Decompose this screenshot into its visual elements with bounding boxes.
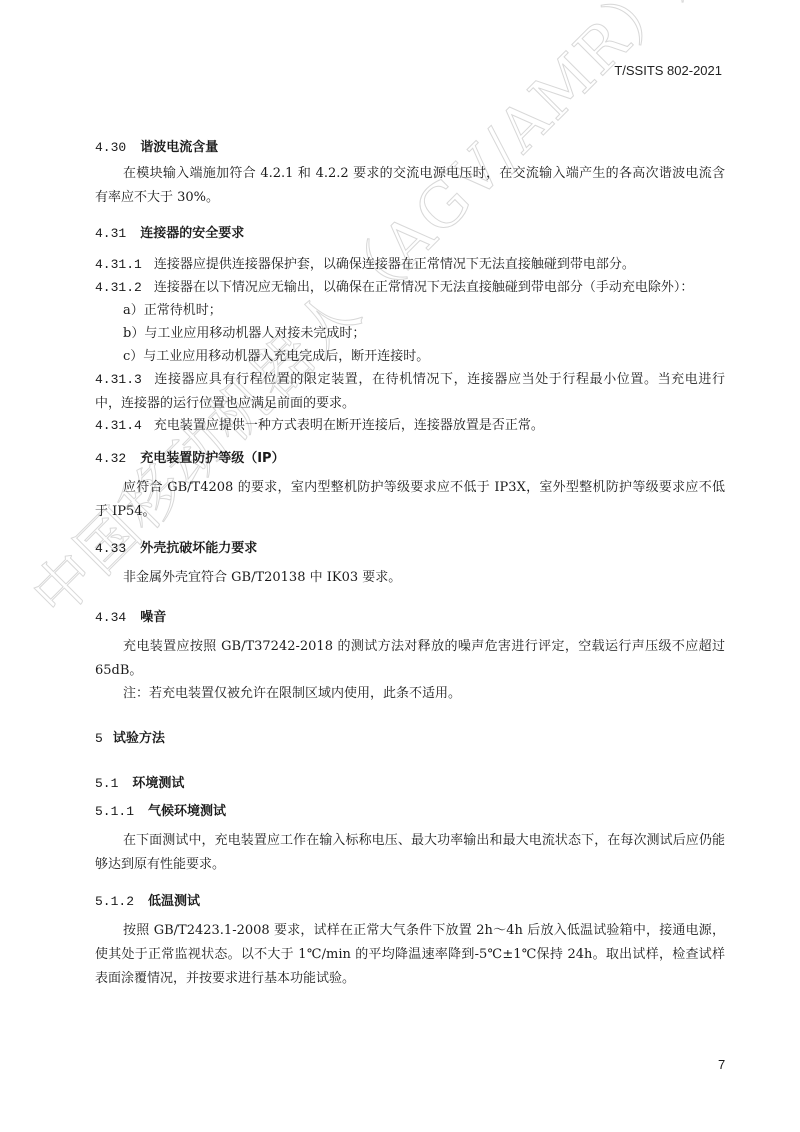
paragraph-5-1-1: 在下面测试中，充电装置应工作在输入标称电压、最大功率输出和最大电流状态下，在每次… <box>95 829 725 877</box>
note-4-34: 注：若充电装置仅被允许在限制区域内使用，此条不适用。 <box>95 682 725 706</box>
heading-number: 5.1 <box>95 776 118 791</box>
heading-4-33: 4.33外壳抗破坏能力要求 <box>95 537 257 556</box>
clause-number: 4.31.4 <box>95 418 142 433</box>
heading-5-1-1: 5.1.1气候环境测试 <box>95 800 226 819</box>
heading-title: 噪音 <box>140 610 166 625</box>
heading-4-31: 4.31连接器的安全要求 <box>95 222 244 241</box>
heading-number: 4.32 <box>95 451 126 466</box>
document-code: T/SSITS 802-2021 <box>614 63 722 78</box>
clause-text: 连接器在以下情况应无输出，以确保在正常情况下无法直接触碰到带电部分（手动充电除外… <box>154 280 694 295</box>
heading-number: 4.33 <box>95 541 126 556</box>
heading-4-34: 4.34噪音 <box>95 606 166 625</box>
page-number: 7 <box>718 1057 725 1072</box>
clause-number: 4.31.1 <box>95 257 142 272</box>
paragraph-4-30: 在模块输入端施加符合 4.2.1 和 4.2.2 要求的交流电源电压时，在交流输… <box>95 162 725 210</box>
clause-4-31-3: 4.31.3连接器应具有行程位置的限定装置，在待机情况下，连接器应当处于行程最小… <box>95 368 725 416</box>
paragraph-5-1-2: 按照 GB/T2423.1-2008 要求，试样在正常大气条件下放置 2h～4h… <box>95 919 725 991</box>
heading-number: 5 <box>95 731 103 746</box>
clause-4-31-2: 4.31.2连接器在以下情况应无输出，以确保在正常情况下无法直接触碰到带电部分（… <box>95 276 725 300</box>
clause-4-31-1: 4.31.1连接器应提供连接器保护套，以确保连接器在正常情况下无法直接触碰到带电… <box>95 253 725 277</box>
clause-text: 充电装置应提供一种方式表明在断开连接后，连接器放置是否正常。 <box>154 418 544 433</box>
heading-number: 4.31 <box>95 226 126 241</box>
heading-number: 4.30 <box>95 140 126 155</box>
clause-number: 4.31.3 <box>95 372 142 387</box>
heading-4-30: 4.30谐波电流含量 <box>95 136 218 155</box>
heading-title: 外壳抗破坏能力要求 <box>140 541 257 556</box>
list-item-c: c）与工业应用移动机器人充电完成后，断开连接时。 <box>123 345 429 369</box>
heading-4-32: 4.32充电装置防护等级（IP） <box>95 447 285 466</box>
heading-title: 环境测试 <box>132 776 184 791</box>
heading-title: 充电装置防护等级（IP） <box>140 451 284 466</box>
clause-4-31-4: 4.31.4充电装置应提供一种方式表明在断开连接后，连接器放置是否正常。 <box>95 414 725 438</box>
paragraph-4-34: 充电装置应按照 GB/T37242-2018 的测试方法对释放的噪声危害进行评定… <box>95 635 725 683</box>
clause-text: 连接器应提供连接器保护套，以确保连接器在正常情况下无法直接触碰到带电部分。 <box>154 257 635 272</box>
heading-title: 谐波电流含量 <box>140 140 218 155</box>
heading-5-1-2: 5.1.2低温测试 <box>95 890 200 909</box>
paragraph-4-33: 非金属外壳宜符合 GB/T20138 中 IK03 要求。 <box>95 566 725 590</box>
heading-number: 5.1.1 <box>95 804 134 819</box>
heading-5-1: 5.1环境测试 <box>95 772 184 791</box>
heading-title: 气候环境测试 <box>148 804 226 819</box>
heading-title: 连接器的安全要求 <box>140 226 244 241</box>
clause-text: 连接器应具有行程位置的限定装置，在待机情况下，连接器应当处于行程最小位置。当充电… <box>95 372 725 411</box>
heading-number: 4.34 <box>95 610 126 625</box>
list-item-a: a）正常待机时； <box>123 299 222 323</box>
heading-number: 5.1.2 <box>95 894 134 909</box>
clause-number: 4.31.2 <box>95 280 142 295</box>
heading-5: 5试验方法 <box>95 727 165 746</box>
list-item-b: b）与工业应用移动机器人对接未完成时； <box>123 322 365 346</box>
paragraph-4-32: 应符合 GB/T4208 的要求，室内型整机防护等级要求应不低于 IP3X，室外… <box>95 476 725 524</box>
heading-title: 试验方法 <box>113 731 165 746</box>
heading-title: 低温测试 <box>148 894 200 909</box>
